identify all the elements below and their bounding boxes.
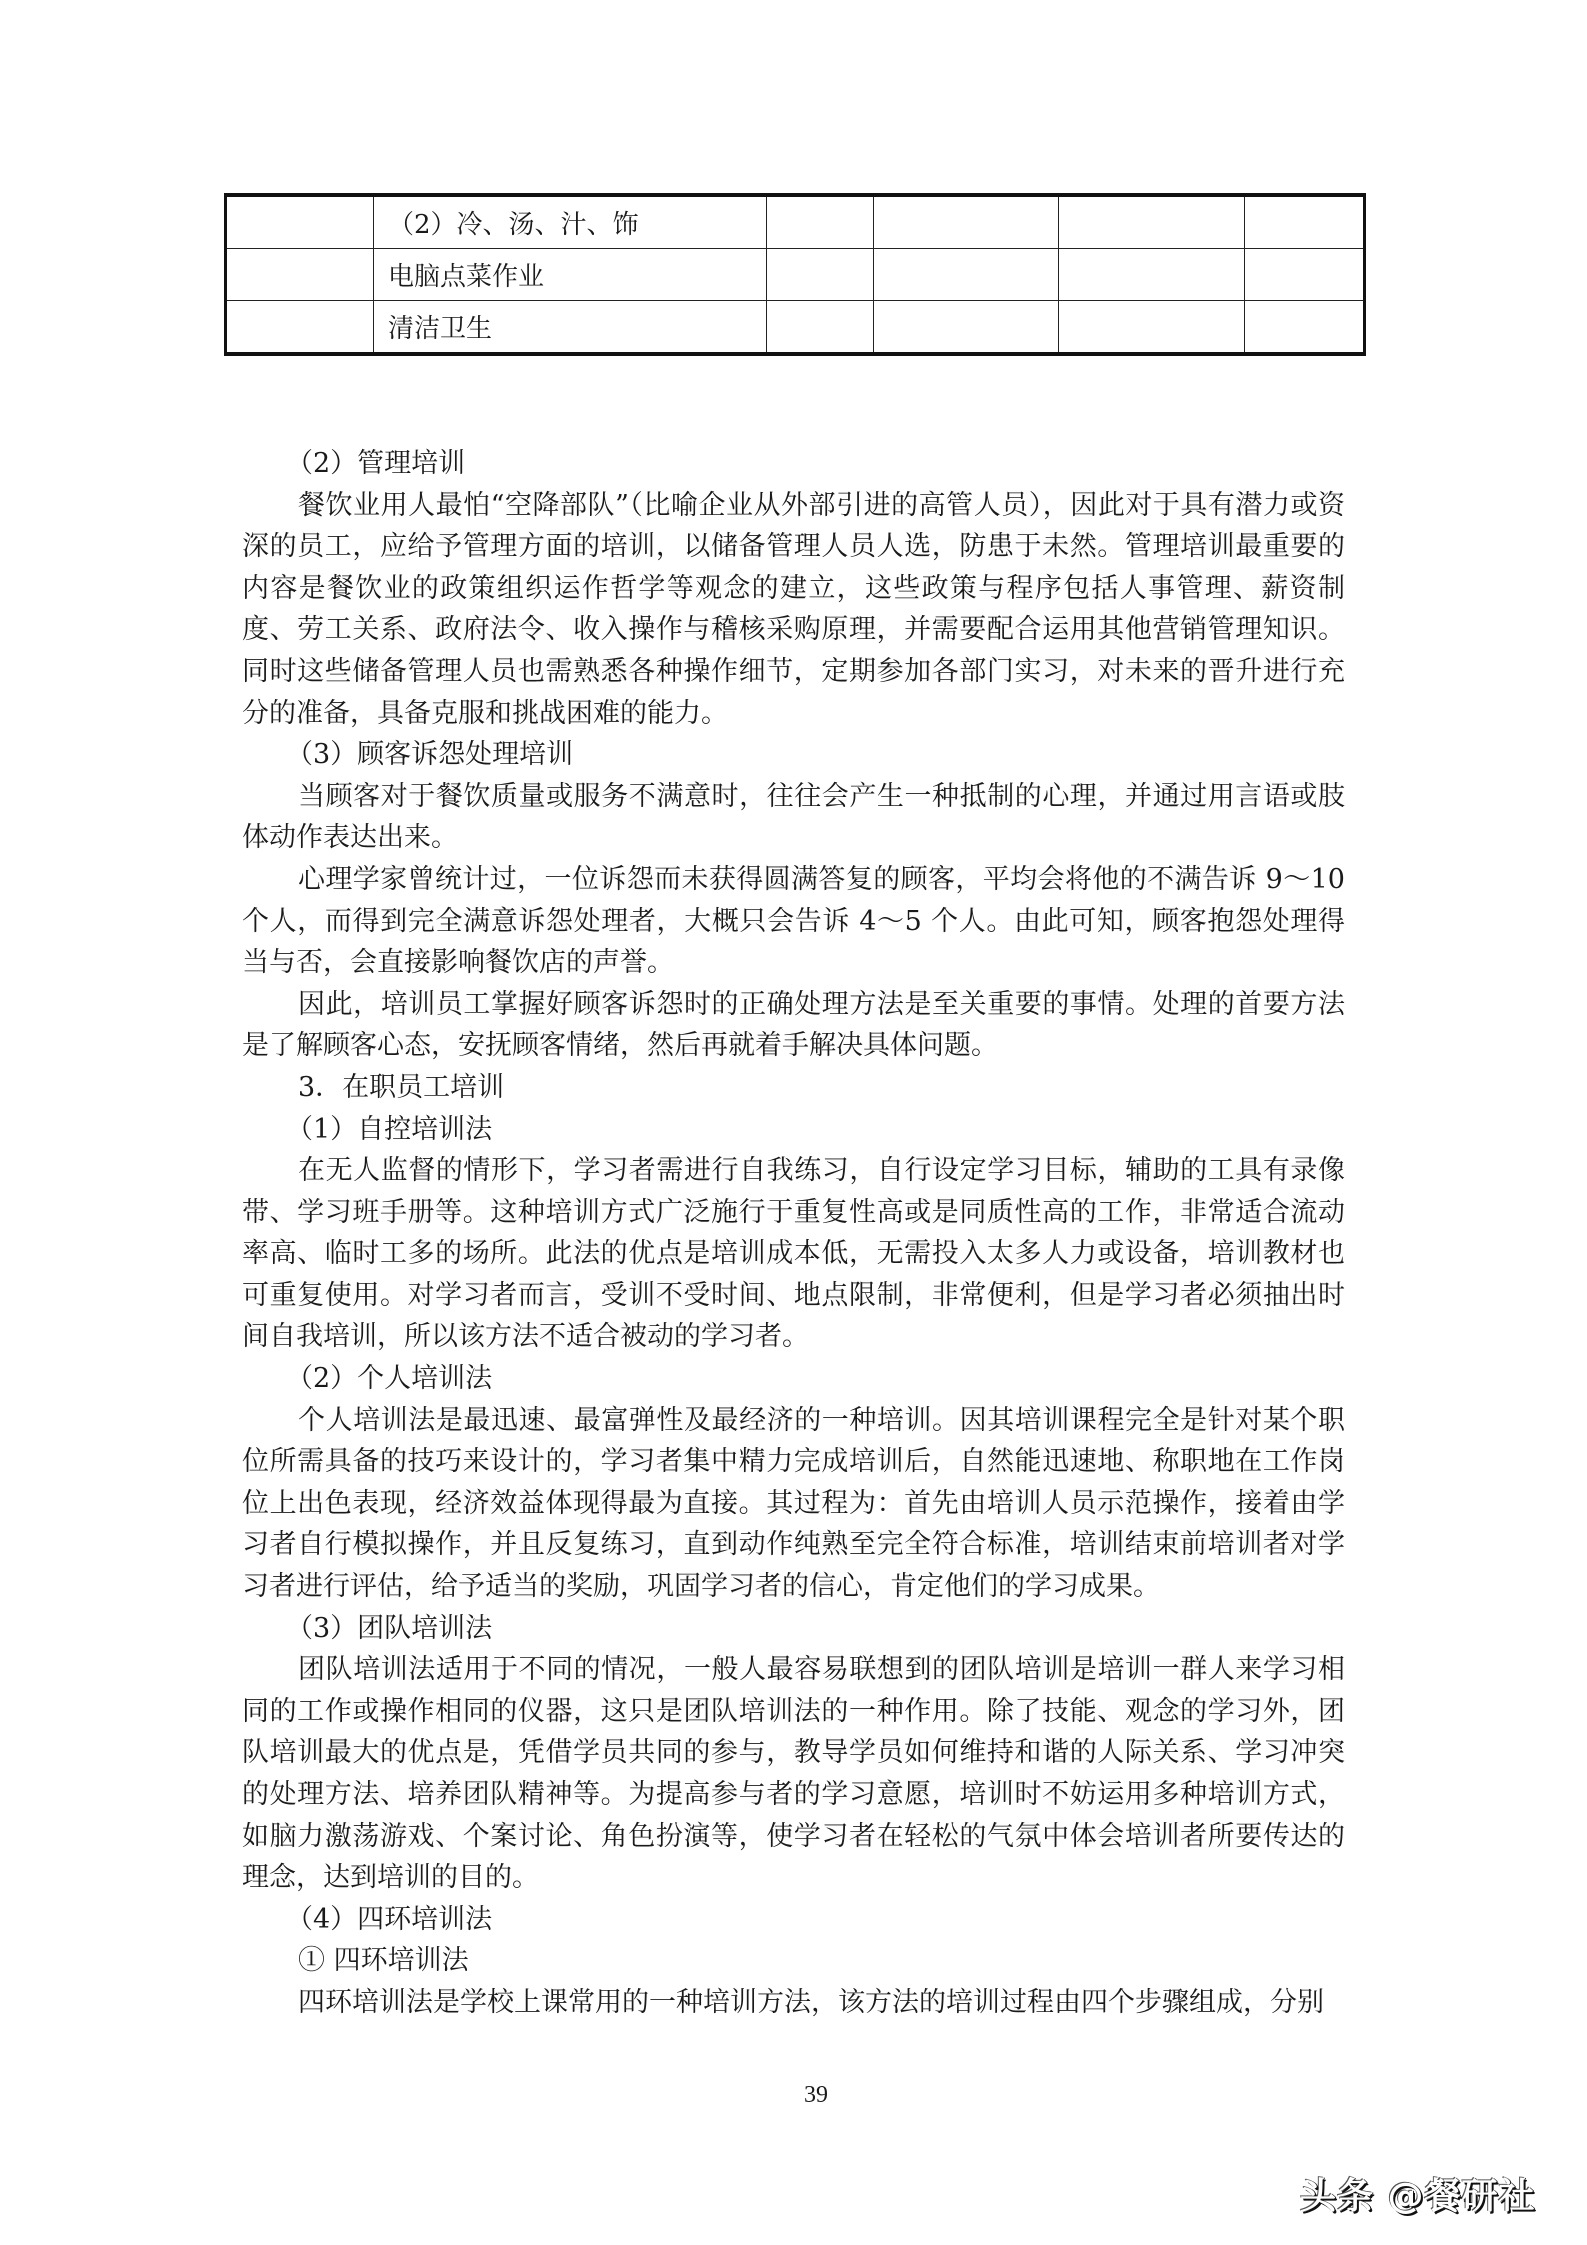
training-schedule-table-fragment: （2）冷、汤、汁、饰 电脑点菜作业 清洁卫生 <box>224 193 1366 356</box>
table-cell <box>874 195 1059 249</box>
page-number: 39 <box>804 2082 828 2109</box>
table-cell <box>767 301 874 355</box>
paragraph: 四环培训法是学校上课常用的一种培训方法，该方法的培训过程由四个步骤组成，分别 <box>242 1982 1345 2024</box>
section-heading-complaint-training: （3）顾客诉怨处理培训 <box>242 734 1345 776</box>
table-row: 电脑点菜作业 <box>226 249 1365 301</box>
table-cell <box>874 249 1059 301</box>
paragraph: 个人培训法是最迅速、最富弹性及最经济的一种培训。因其培训课程完全是针对某个职位所… <box>242 1400 1345 1608</box>
table-cell <box>1245 249 1365 301</box>
table-cell <box>1245 195 1365 249</box>
table-cell <box>226 301 374 355</box>
table-cell-item: 清洁卫生 <box>374 301 767 355</box>
section-heading-individual-method: （2）个人培训法 <box>242 1358 1345 1400</box>
section-heading-team-method: （3）团队培训法 <box>242 1608 1345 1650</box>
section-heading-onjob-training: 3．在职员工培训 <box>242 1067 1345 1109</box>
paragraph: 心理学家曾统计过，一位诉怨而未获得圆满答复的顾客，平均会将他的不满告诉 9～10… <box>242 859 1345 984</box>
section-heading-management-training: （2）管理培训 <box>242 443 1345 485</box>
paragraph: 当顾客对于餐饮质量或服务不满意时，往往会产生一种抵制的心理，并通过用言语或肢体动… <box>242 776 1345 859</box>
section-heading-self-control-method: （1）自控培训法 <box>242 1109 1345 1151</box>
table-row: （2）冷、汤、汁、饰 <box>226 195 1365 249</box>
table-cell-item: 电脑点菜作业 <box>374 249 767 301</box>
document-page: （2）冷、汤、汁、饰 电脑点菜作业 清洁卫生 <box>0 0 1587 2245</box>
table-cell <box>226 195 374 249</box>
body-text: （2）管理培训 餐饮业用人最怕“空降部队”（比喻企业从外部引进的高管人员），因此… <box>242 443 1345 2024</box>
table-cell <box>874 301 1059 355</box>
table-cell <box>1059 195 1245 249</box>
paragraph: 餐饮业用人最怕“空降部队”（比喻企业从外部引进的高管人员），因此对于具有潜力或资… <box>242 485 1345 735</box>
table-cell <box>1245 301 1365 355</box>
subsection-heading-four-ring: ① 四环培训法 <box>242 1940 1345 1982</box>
table-cell <box>1059 301 1245 355</box>
table-row: 清洁卫生 <box>226 301 1365 355</box>
table-cell-item: （2）冷、汤、汁、饰 <box>374 195 767 249</box>
table-cell <box>226 249 374 301</box>
paragraph: 团队培训法适用于不同的情况，一般人最容易联想到的团队培训是培训一群人来学习相同的… <box>242 1649 1345 1899</box>
paragraph: 因此，培训员工掌握好顾客诉怨时的正确处理方法是至关重要的事情。处理的首要方法是了… <box>242 984 1345 1067</box>
table-cell <box>767 249 874 301</box>
watermark: 头条 @餐研社 <box>1300 2168 1536 2219</box>
section-heading-four-ring-method: （4）四环培训法 <box>242 1899 1345 1941</box>
table-cell <box>767 195 874 249</box>
paragraph: 在无人监督的情形下，学习者需进行自我练习，自行设定学习目标，辅助的工具有录像带、… <box>242 1150 1345 1358</box>
table-cell <box>1059 249 1245 301</box>
